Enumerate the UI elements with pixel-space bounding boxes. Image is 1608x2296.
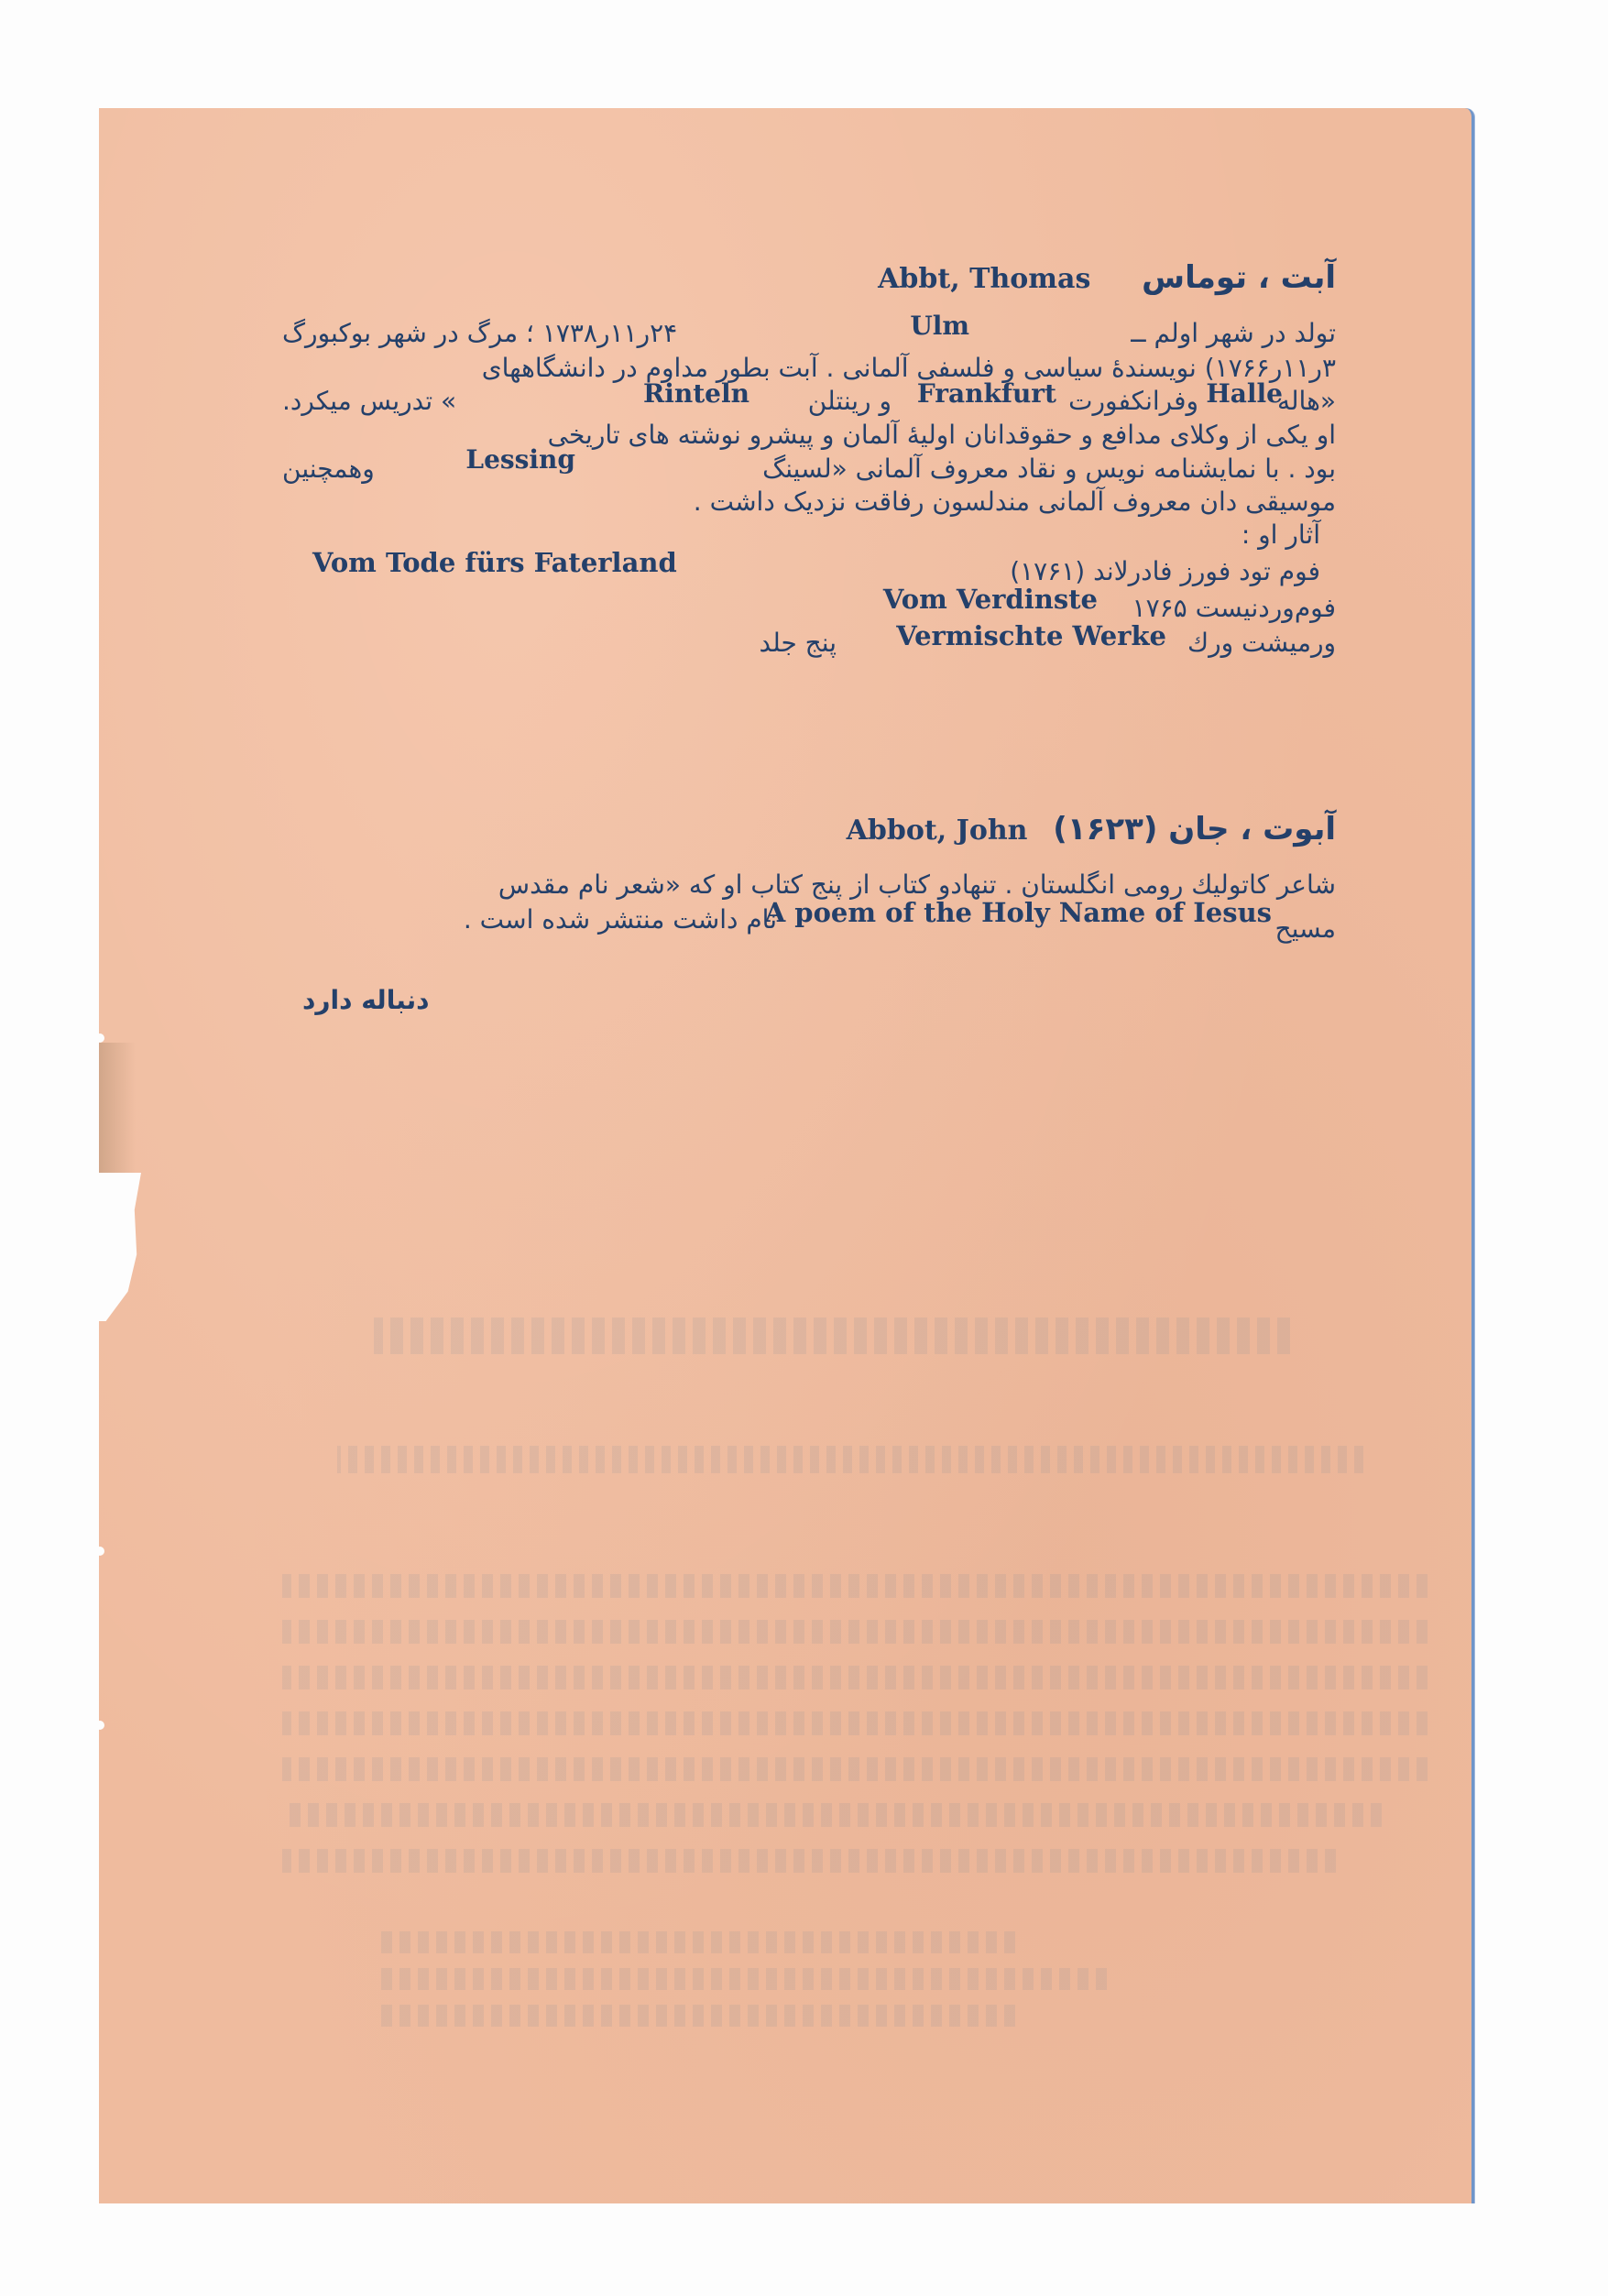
bleed-through (282, 1849, 1336, 1873)
work-title-latin: Vermischte Werke (896, 623, 1166, 650)
bleed-through (374, 1317, 1290, 1354)
text-latin: Halle (1206, 381, 1283, 407)
heading-persian: آبت ، توماس (1142, 259, 1336, 296)
text-fa: نام داشت منتشر شده است . (464, 907, 777, 933)
entry-heading: Abbt, Thomas آبت ، توماس (878, 262, 1336, 293)
body-line: شاعر کاتولیك رومی انگلستان . تنهادو کتاب… (498, 872, 1336, 898)
entry-heading: Abbot, John آبوت ، جان (۱۶۲۳) (847, 814, 1336, 845)
works-label: آثار او : (1242, 522, 1320, 548)
work-title-fa: فوم تود فورز فادرلاند (۱۷۶۱) (1010, 559, 1320, 585)
text-latin: Ulm (910, 313, 969, 339)
heading-latin: Abbt, Thomas (878, 263, 1090, 295)
text-latin: Lessing (465, 447, 575, 473)
text-latin: Rinteln (643, 381, 749, 407)
work-title-latin: Vom Tode fürs Faterland (312, 550, 677, 576)
bleed-through (374, 2005, 1015, 2027)
text-fa: » تدریس میکرد. (282, 388, 456, 414)
body-line: موسیقی دان معروف آلمانی مندلسون رفاقت نز… (694, 489, 1336, 515)
work-title-latin: Vom Verdinste (883, 586, 1098, 613)
bleed-through (282, 1620, 1428, 1644)
continued-note: دنباله دارد (302, 988, 430, 1013)
text-fa: «هاله (1277, 388, 1336, 414)
work-title-fa: فوم‌وردنیست ۱۷۶۵ (1132, 596, 1336, 621)
text-fa: و رینتلن (808, 388, 892, 414)
torn-edge (97, 1173, 141, 1321)
bleed-through (282, 1574, 1428, 1598)
bleed-through (282, 1666, 1428, 1689)
text-fa: مسیح (1275, 916, 1337, 942)
edge-notch (95, 1033, 104, 1043)
text-fa: وهمچنین (282, 456, 375, 482)
page-stain (99, 1043, 136, 1180)
text-fa: تولد در شهر اولم ــ (1131, 321, 1336, 346)
text-fa: بود . با نمایشنامه نویس و نقاد معروف آلم… (762, 456, 1336, 482)
work-note-fa: پنج جلد (760, 630, 837, 656)
bleed-through (282, 1757, 1428, 1781)
bleed-through (374, 1931, 1015, 1953)
text-fa: ۲۴ر۱۱ر۱۷۳۸ ؛ مرگ در شهر بوکبورگ (282, 321, 677, 346)
bleed-through (374, 1968, 1107, 1990)
bleed-through (282, 1803, 1382, 1827)
work-title-fa: ورمیشت ورك (1187, 630, 1336, 656)
document-page: Abbt, Thomas آبت ، توماس تولد در شهر اول… (99, 108, 1474, 2203)
heading-persian: آبوت ، جان (۱۶۲۳) (1053, 811, 1336, 847)
edge-notch (95, 1721, 104, 1730)
heading-latin: Abbot, John (847, 815, 1028, 847)
body-line: ۳ر۱۱ر۱۷۶۶) نویسندهٔ سیاسی و فلسفی آلمانی… (482, 355, 1336, 381)
text-latin: Frankfurt (917, 381, 1056, 407)
bleed-through (282, 1711, 1428, 1735)
text-latin: A poem of the Holy Name of Iesus (765, 900, 1272, 926)
body-line: او یکی از وکلای مدافع و حقوقدانان اولیهٔ… (548, 422, 1336, 448)
text-fa: وفرانکفورت (1068, 388, 1198, 414)
edge-notch (95, 1547, 104, 1556)
bleed-through (337, 1446, 1363, 1473)
